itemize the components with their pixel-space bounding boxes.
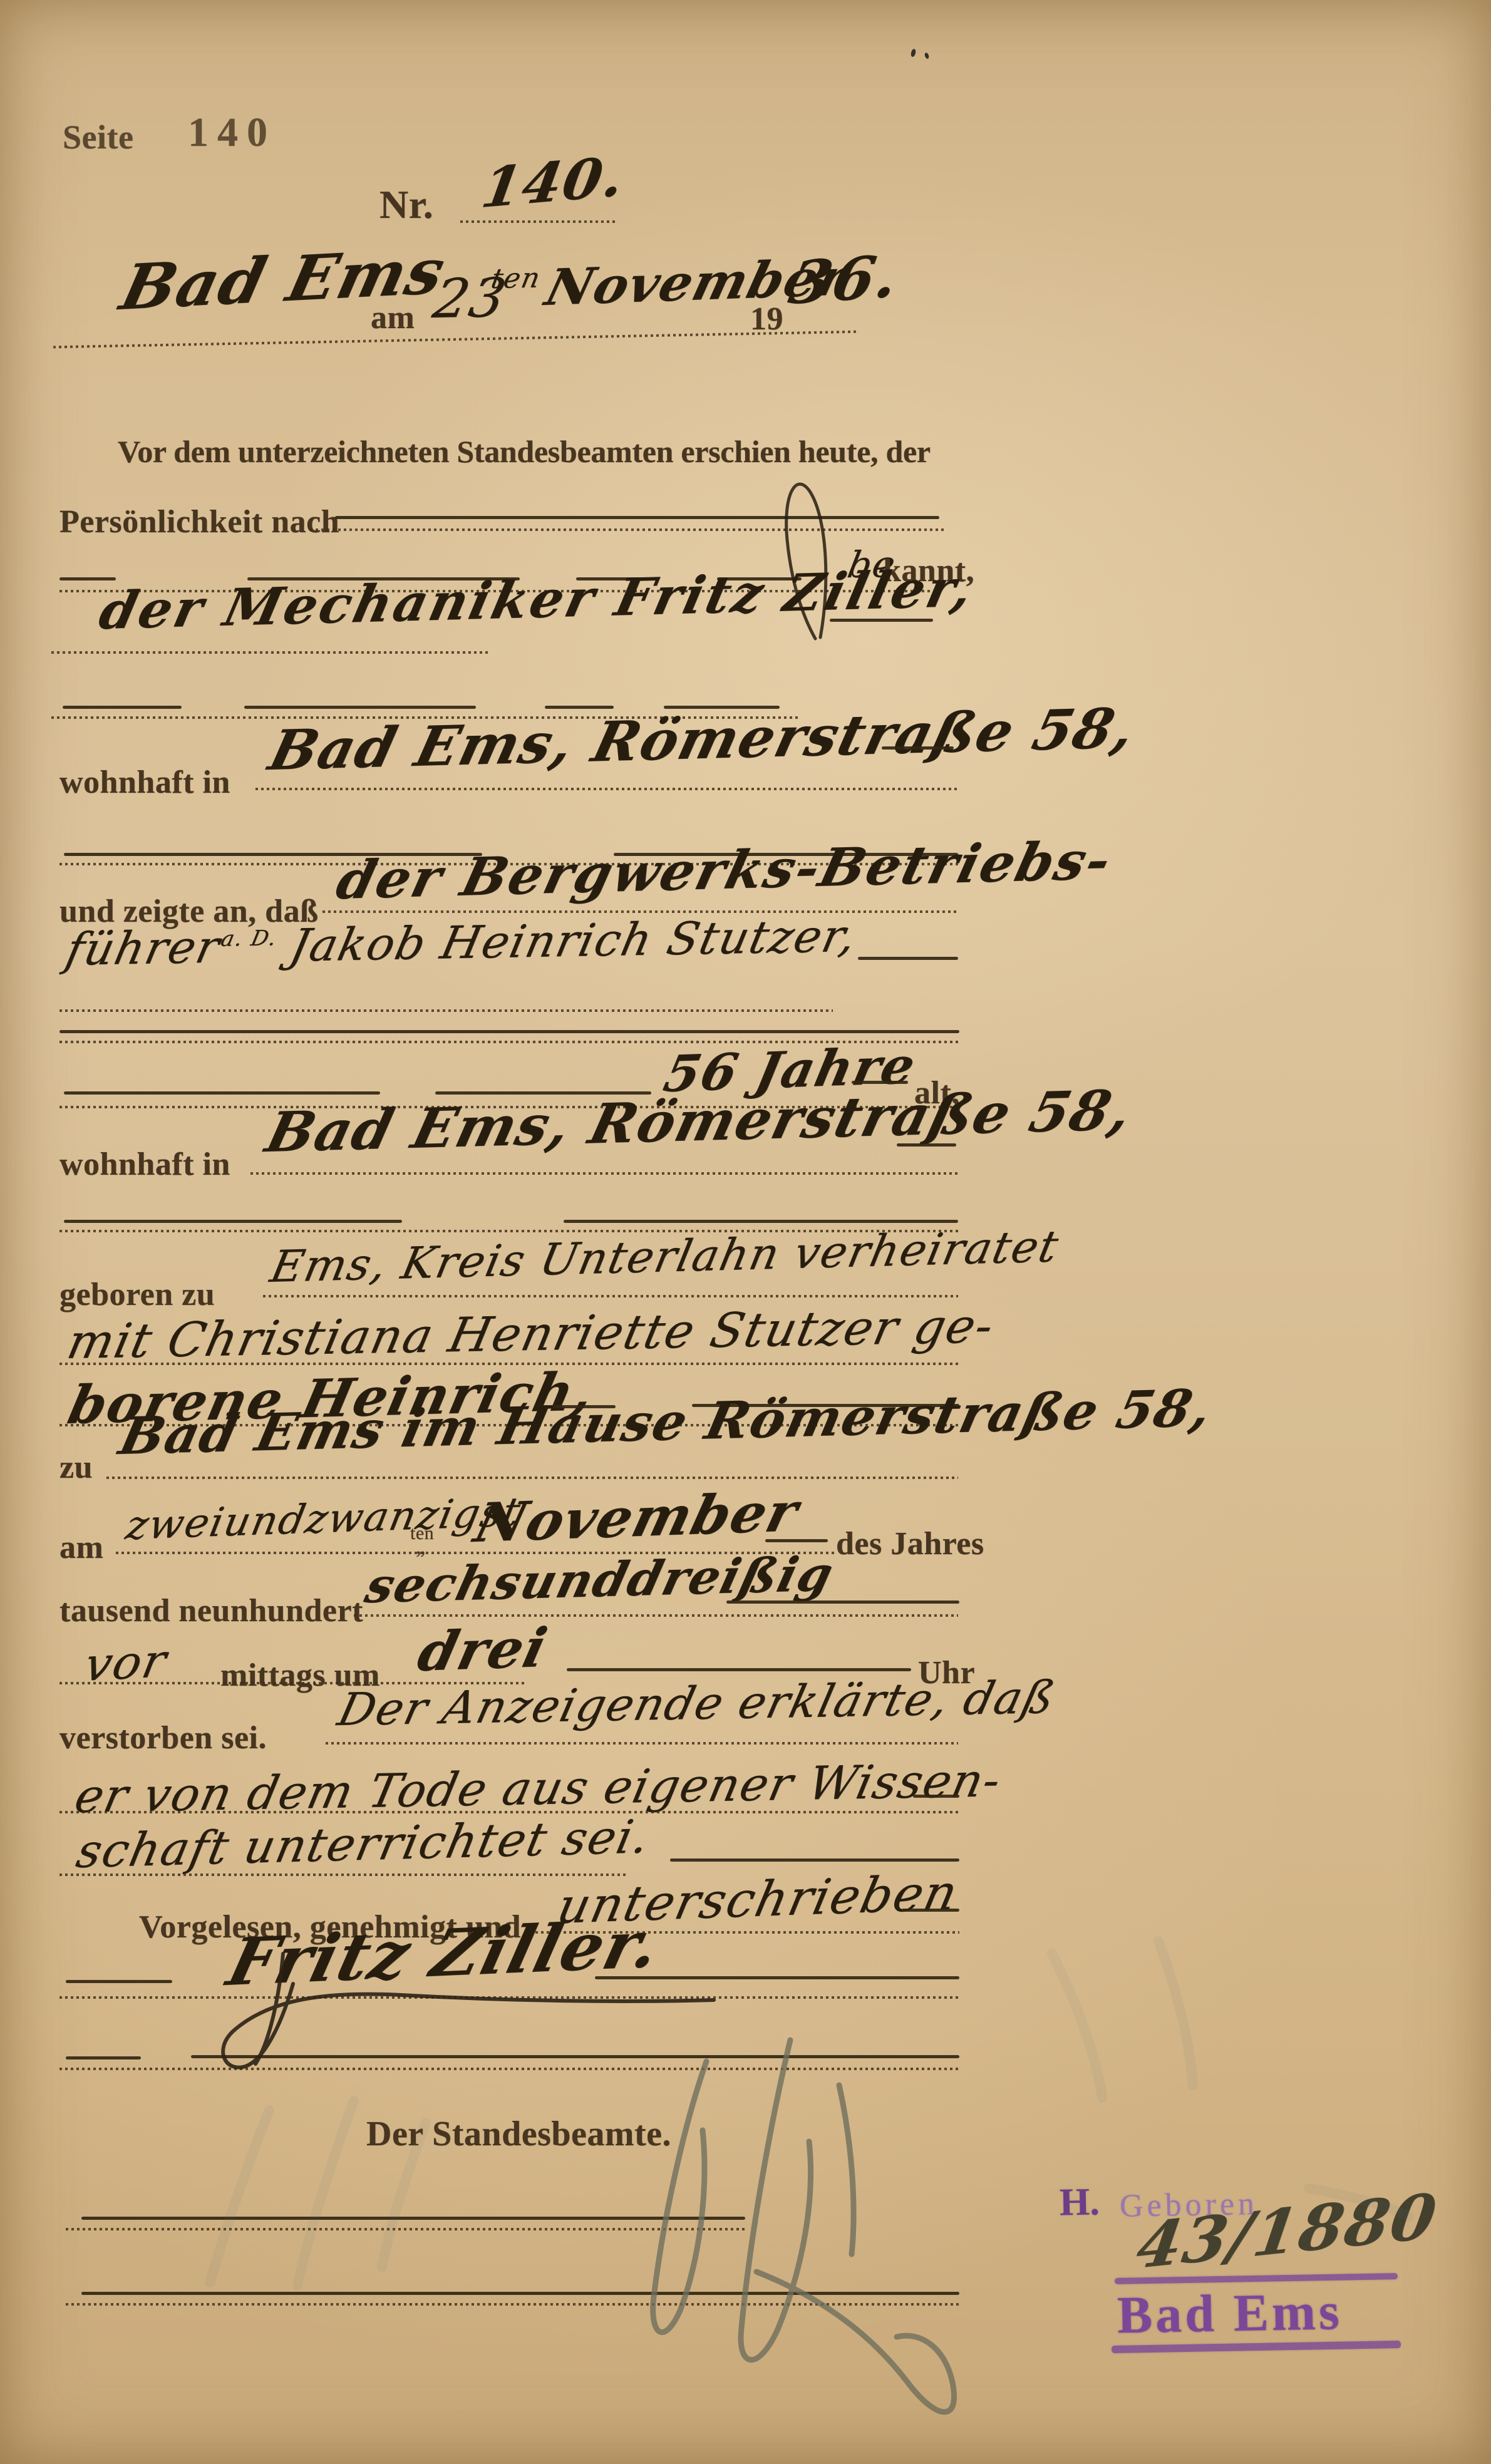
ruled-line-dotted [51,651,490,654]
ruled-line [595,1976,959,1979]
ruled-line-dotted [326,1742,958,1745]
ruled-line-dotted [59,1874,626,1876]
ruled-line-dotted [460,220,616,223]
ruled-line [59,1030,959,1033]
record-number-value: 140. [477,143,629,220]
ruled-line-dotted [255,788,958,790]
ruled-line-dotted [66,2303,959,2306]
intro-line: Vor dem unterzeichneten Standesbeamten e… [118,433,931,470]
ruled-line [335,516,939,519]
deceased-occupation-line2: führer [61,920,225,976]
ruled-line [66,1980,172,1983]
deceased-residence: Bad Ems, Römerstraße 58, [260,1077,1139,1165]
ruled-line-dotted [59,1996,959,1999]
ruled-line [858,957,958,960]
deceased-name: Jakob Heinrich Stutzer, [286,909,862,972]
deceased-occupation-line1: der Bergwerks-Betriebs- [331,829,1118,911]
record-number-label: Nr. [379,182,433,228]
ruled-line [64,1220,402,1223]
ruled-line [63,706,182,709]
ruled-line [567,1668,911,1671]
ruled-line [830,619,933,622]
ruled-line-dotted [66,2228,745,2230]
am-label: am [371,299,415,336]
ruled-line [545,706,614,709]
record-day-suffix: ten [488,262,544,295]
ruled-line-dotted [59,1009,833,1012]
ruled-line-dotted [354,1614,958,1617]
ruled-line-dotted [53,331,858,349]
ruled-line [191,2055,959,2058]
ruled-line [81,2217,745,2220]
death-month: November [468,1480,805,1555]
wohnhaft-label-2: wohnhaft in [59,1146,230,1183]
death-day: zweiundzwanzigst [122,1489,525,1549]
page-label: Seite [63,118,133,157]
ruled-line [59,577,116,580]
ruled-line [670,1858,959,1862]
ditto-mark: „ [416,1535,426,1559]
ruled-line [913,1795,959,1798]
ruled-line [81,2292,959,2295]
ruled-line [66,2056,141,2059]
deceased-insert: a. D. [219,925,280,952]
wohnhaft-label-1: wohnhaft in [59,764,230,801]
ruled-line [244,706,476,709]
geboren-label: geboren zu [59,1276,215,1313]
verstorben-label: verstorben sei. [59,1719,267,1756]
declarant-name: der Mechaniker Fritz Ziller, [94,559,981,641]
ruled-line [564,1220,958,1223]
paper-speck [924,52,929,59]
ruled-line-dotted [263,1295,958,1297]
ruled-line [726,1601,959,1604]
registrar-label: Der Standesbeamte. [366,2114,671,2154]
persoenlichkeit-label: Persönlichkeit nach [59,503,339,540]
stamp-city: Bad Ems [1117,2281,1343,2346]
ruled-line-dotted [59,2068,959,2070]
ruled-line [882,746,954,750]
ruled-line [897,1143,956,1147]
year-hand: 36. [784,242,904,318]
page-number: 140 [188,109,276,157]
ruled-line-dotted [250,1172,958,1175]
paper-speck [911,48,917,57]
ruled-line [64,1091,380,1095]
stamp-h-label: H. [1059,2180,1100,2225]
ruled-line-dotted [310,528,944,531]
des-jahres-label: des Jahres [836,1525,984,1562]
ruled-line-dotted [106,1477,958,1479]
zu-label: zu [59,1449,93,1486]
death-hour: drei [412,1616,554,1684]
am-death-label: am [59,1529,103,1566]
tausend-label: tausend neunhundert [59,1592,363,1629]
death-record-page: Seite 140 Nr. 140. Bad Ems am 23 ten Nov… [0,0,1491,2464]
ruled-line [902,1909,959,1912]
ruled-line [765,1539,828,1542]
